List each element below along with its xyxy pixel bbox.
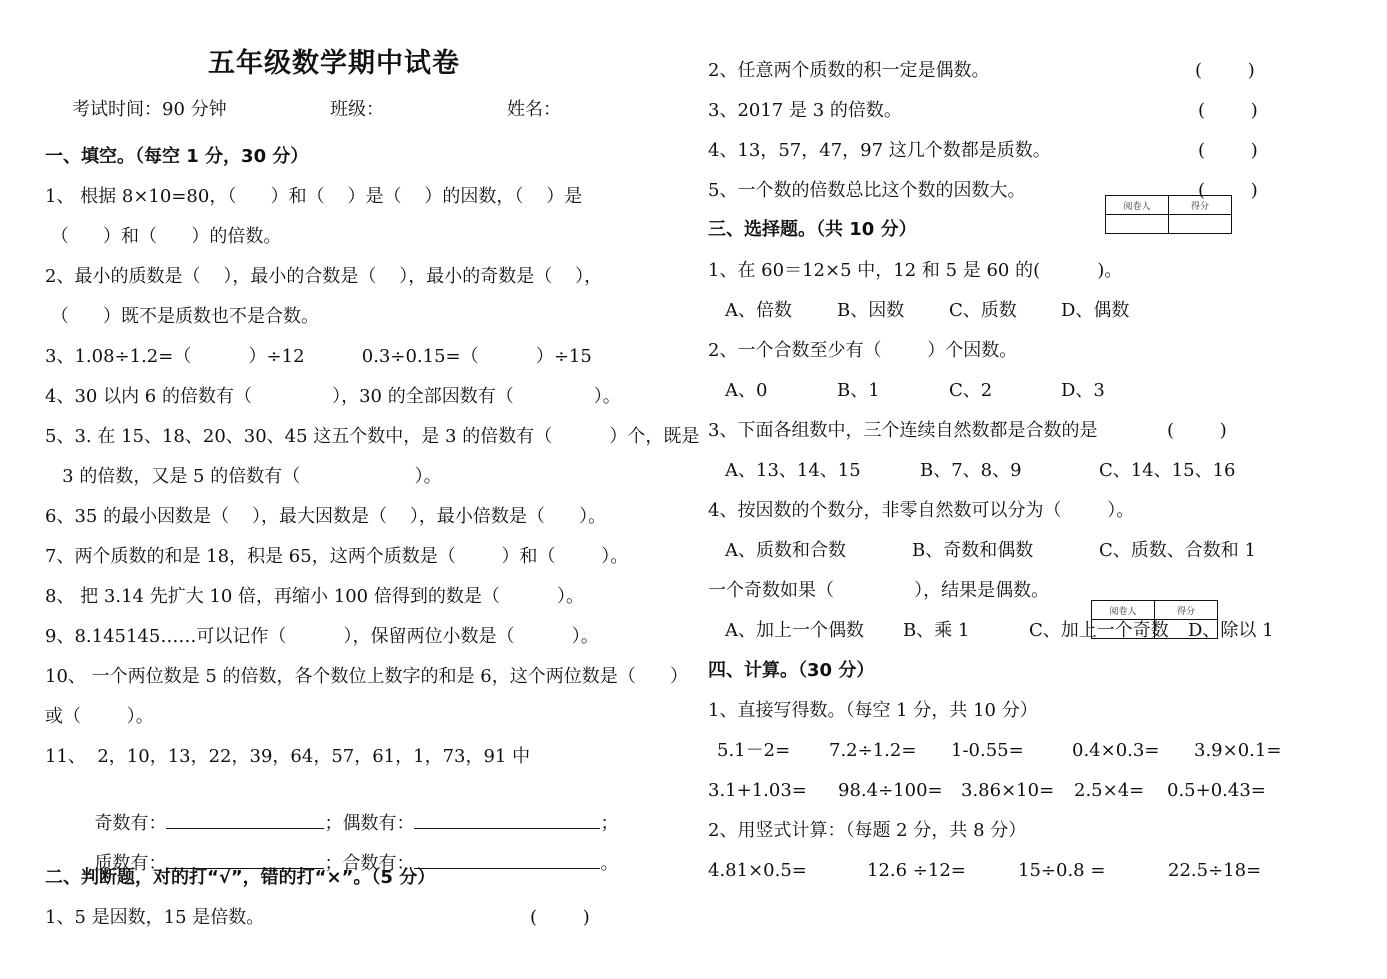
calc-item: 98.4÷100= bbox=[838, 779, 943, 803]
q2-option-c[interactable]: C、2 bbox=[949, 379, 992, 403]
choice-question-5: 一个奇数如果（ ），结果是偶数。 bbox=[708, 579, 1049, 603]
fill-question-10: 10、 一个两位数是 5 的倍数，各个数位上数字的和是 6，这个两位数是（ ） bbox=[45, 665, 688, 689]
choice-question-3: 3、下面各组数中，三个连续自然数都是合数的是 bbox=[708, 419, 1097, 443]
section-3-heading: 三、选择题。（共 10 分） bbox=[708, 218, 917, 242]
calc-item: 12.6 ÷12= bbox=[867, 859, 966, 883]
calc-sub-1: 1、直接写得数。（每空 1 分，共 10 分） bbox=[708, 699, 1038, 723]
judge-item-2: 2、任意两个质数的积一定是偶数。 bbox=[708, 59, 989, 83]
q4-option-c[interactable]: C、质数、合数和 1 bbox=[1099, 539, 1256, 563]
fill-question-10-cont: 或（ ）。 bbox=[45, 705, 154, 729]
calc-item: 1-0.55= bbox=[951, 739, 1024, 763]
fill-question-2: 2、最小的质数是（ ），最小的合数是（ ），最小的奇数是（ ）， bbox=[45, 265, 602, 289]
fill-question-1-cont: （ ）和（ ）的倍数。 bbox=[45, 225, 281, 249]
fill-question-4: 4、30 以内 6 的倍数有（ ），30 的全部因数有（ ）。 bbox=[45, 385, 621, 409]
reviewer-header: 阅卷人 bbox=[1092, 601, 1155, 620]
q1-option-b[interactable]: B、因数 bbox=[837, 299, 904, 323]
score-box-1: 阅卷人得分 bbox=[1105, 195, 1232, 234]
calc-sub-2: 2、用竖式计算：（每题 2 分，共 8 分） bbox=[708, 819, 1026, 843]
class-label: 班级： bbox=[330, 98, 384, 122]
score-header: 得分 bbox=[1155, 601, 1218, 620]
calc-item: 15÷0.8 = bbox=[1018, 859, 1105, 883]
calc-item: 7.2÷1.2= bbox=[829, 739, 916, 763]
judge-item-4: 4、13，57，47，97 这几个数都是质数。 bbox=[708, 139, 1051, 163]
calc-item: 3.9×0.1= bbox=[1194, 739, 1281, 763]
q4-option-a[interactable]: A、质数和合数 bbox=[725, 539, 846, 563]
q1-option-a[interactable]: A、倍数 bbox=[725, 299, 792, 323]
fill-question-3: 3、1.08÷1.2=（ ）÷12 0.3÷0.15=（ ）÷15 bbox=[45, 345, 592, 369]
calc-item: 4.81×0.5= bbox=[708, 859, 807, 883]
q3-option-c[interactable]: C、14、15、16 bbox=[1099, 459, 1236, 483]
reviewer-header: 阅卷人 bbox=[1106, 196, 1169, 215]
exam-time: 考试时间：90 分钟 bbox=[72, 98, 227, 122]
fill-question-6: 6、35 的最小因数是（ ），最大因数是（ ），最小倍数是（ ）。 bbox=[45, 505, 606, 529]
q3-option-b[interactable]: B、7、8、9 bbox=[920, 459, 1022, 483]
section-4-heading: 四、计算。（30 分） bbox=[708, 659, 874, 683]
q5-option-a[interactable]: A、加上一个偶数 bbox=[725, 619, 864, 643]
fill-question-7: 7、两个质数的和是 18，积是 65，这两个质数是（ ）和（ ）。 bbox=[45, 545, 628, 569]
q1-option-d[interactable]: D、偶数 bbox=[1061, 299, 1129, 323]
score-cell[interactable] bbox=[1155, 620, 1218, 639]
calc-item: 0.5+0.43= bbox=[1167, 779, 1266, 803]
fill-question-5-cont: 3 的倍数，又是 5 的倍数有（ ）。 bbox=[45, 465, 442, 489]
q1-option-c[interactable]: C、质数 bbox=[949, 299, 1017, 323]
choice-question-1: 1、在 60＝12×5 中，12 和 5 是 60 的( )。 bbox=[708, 259, 1122, 283]
fill-question-8: 8、 把 3.14 先扩大 10 倍，再缩小 100 倍得到的数是（ ）。 bbox=[45, 585, 584, 609]
calc-item: 3.1+1.03= bbox=[708, 779, 807, 803]
fill-question-2-cont: （ ）既不是质数也不是合数。 bbox=[45, 305, 319, 329]
choice-question-4: 4、按因数的个数分，非零自然数可以分为（ ）。 bbox=[708, 499, 1134, 523]
score-cell[interactable] bbox=[1169, 215, 1232, 234]
section-1-heading: 一、填空。（每空 1 分，30 分） bbox=[45, 145, 308, 169]
judge-answer-4[interactable]: ( ) bbox=[1198, 139, 1258, 163]
fill-question-5: 5、3. 在 15、18、20、30、45 这五个数中，是 3 的倍数有（ ）个… bbox=[45, 425, 699, 449]
score-box-2: 阅卷人得分 bbox=[1091, 600, 1218, 639]
score-header: 得分 bbox=[1169, 196, 1232, 215]
judge-answer-2[interactable]: ( ) bbox=[1195, 59, 1255, 83]
calc-item: 2.5×4= bbox=[1074, 779, 1144, 803]
fill-question-1: 1、 根据 8×10=80，（ ）和（ ）是（ ）的因数，（ ）是 bbox=[45, 185, 582, 209]
reviewer-cell[interactable] bbox=[1092, 620, 1155, 639]
judge-item-1: 1、5 是因数，15 是倍数。 bbox=[45, 906, 264, 930]
punct: 。 bbox=[600, 853, 618, 874]
composite-answer-line[interactable] bbox=[414, 850, 600, 869]
calc-item: 3.86×10= bbox=[961, 779, 1054, 803]
calc-item: 22.5÷18= bbox=[1168, 859, 1261, 883]
q2-option-d[interactable]: D、3 bbox=[1061, 379, 1105, 403]
q5-option-b[interactable]: B、乘 1 bbox=[903, 619, 969, 643]
fill-question-11: 11、 2，10，13，22，39，64，57，61，1，73，91 中 bbox=[45, 745, 530, 769]
q2-option-a[interactable]: A、0 bbox=[725, 379, 767, 403]
calc-item: 0.4×0.3= bbox=[1072, 739, 1159, 763]
q4-option-b[interactable]: B、奇数和偶数 bbox=[912, 539, 1033, 563]
name-label: 姓名： bbox=[507, 98, 561, 122]
q3-option-a[interactable]: A、13、14、15 bbox=[725, 459, 861, 483]
fill-question-9: 9、8.145145……可以记作（ ），保留两位小数是（ ）。 bbox=[45, 625, 599, 649]
judge-answer-1[interactable]: ( ) bbox=[530, 906, 590, 930]
calc-item: 5.1－2= bbox=[717, 739, 790, 763]
choice-question-2: 2、一个合数至少有（ ）个因数。 bbox=[708, 339, 1017, 363]
reviewer-cell[interactable] bbox=[1106, 215, 1169, 234]
q3-answer[interactable]: ( ) bbox=[1167, 419, 1227, 443]
judge-item-3: 3、2017 是 3 的倍数。 bbox=[708, 99, 902, 123]
section-2-heading: 二、判断题，对的打“√”，错的打“×”。（5 分） bbox=[45, 866, 435, 890]
judge-answer-3[interactable]: ( ) bbox=[1198, 99, 1258, 123]
page-title: 五年级数学期中试卷 bbox=[208, 52, 460, 76]
q2-option-b[interactable]: B、1 bbox=[837, 379, 880, 403]
judge-item-5: 5、一个数的倍数总比这个数的因数大。 bbox=[708, 179, 1025, 203]
